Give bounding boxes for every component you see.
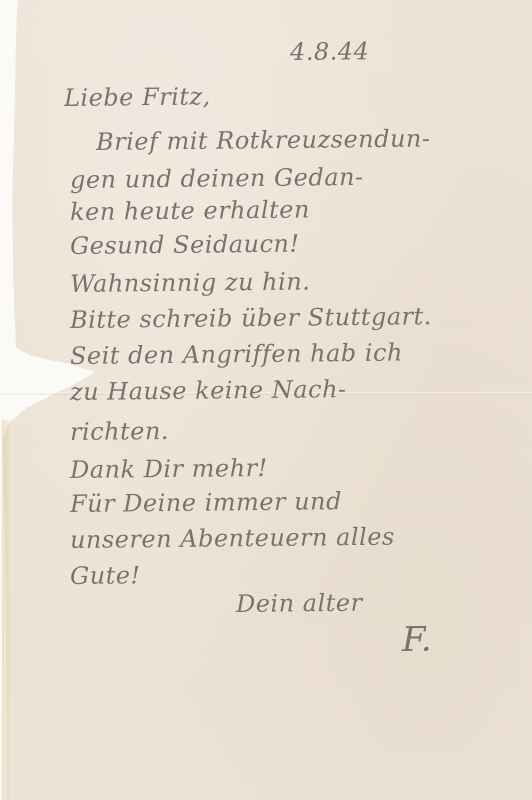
body-line: Gute! [70, 561, 141, 590]
body-line: Bitte schreib über Stuttgart. [70, 302, 432, 334]
body-line: unseren Abenteuern alles [70, 523, 395, 554]
letter-closing: Dein alter [236, 589, 363, 618]
body-line: gen und deinen Gedan- [70, 163, 364, 194]
body-line: ken heute erhalten [70, 195, 310, 226]
body-line: Seit den Angriffen hab ich [70, 339, 403, 370]
body-line: zu Hause keine Nach- [70, 375, 347, 406]
edge-stain [2, 420, 12, 800]
letter-signature: F. [402, 620, 433, 660]
body-line: richten. [70, 417, 169, 446]
body-line: Gesund Seidaucn! [70, 230, 300, 260]
letter-date: 4.8.44 [290, 37, 370, 66]
body-line: Für Deine immer und [70, 487, 342, 518]
letter-greeting: Liebe Fritz, [64, 82, 211, 112]
letter-scan: 4.8.44 Liebe Fritz, Brief mit Rotkreuzse… [0, 0, 532, 800]
body-line: Wahnsinnig zu hin. [70, 267, 311, 298]
body-line: Brief mit Rotkreuzsendun- [96, 124, 431, 156]
body-line: Dank Dir mehr! [70, 454, 268, 484]
